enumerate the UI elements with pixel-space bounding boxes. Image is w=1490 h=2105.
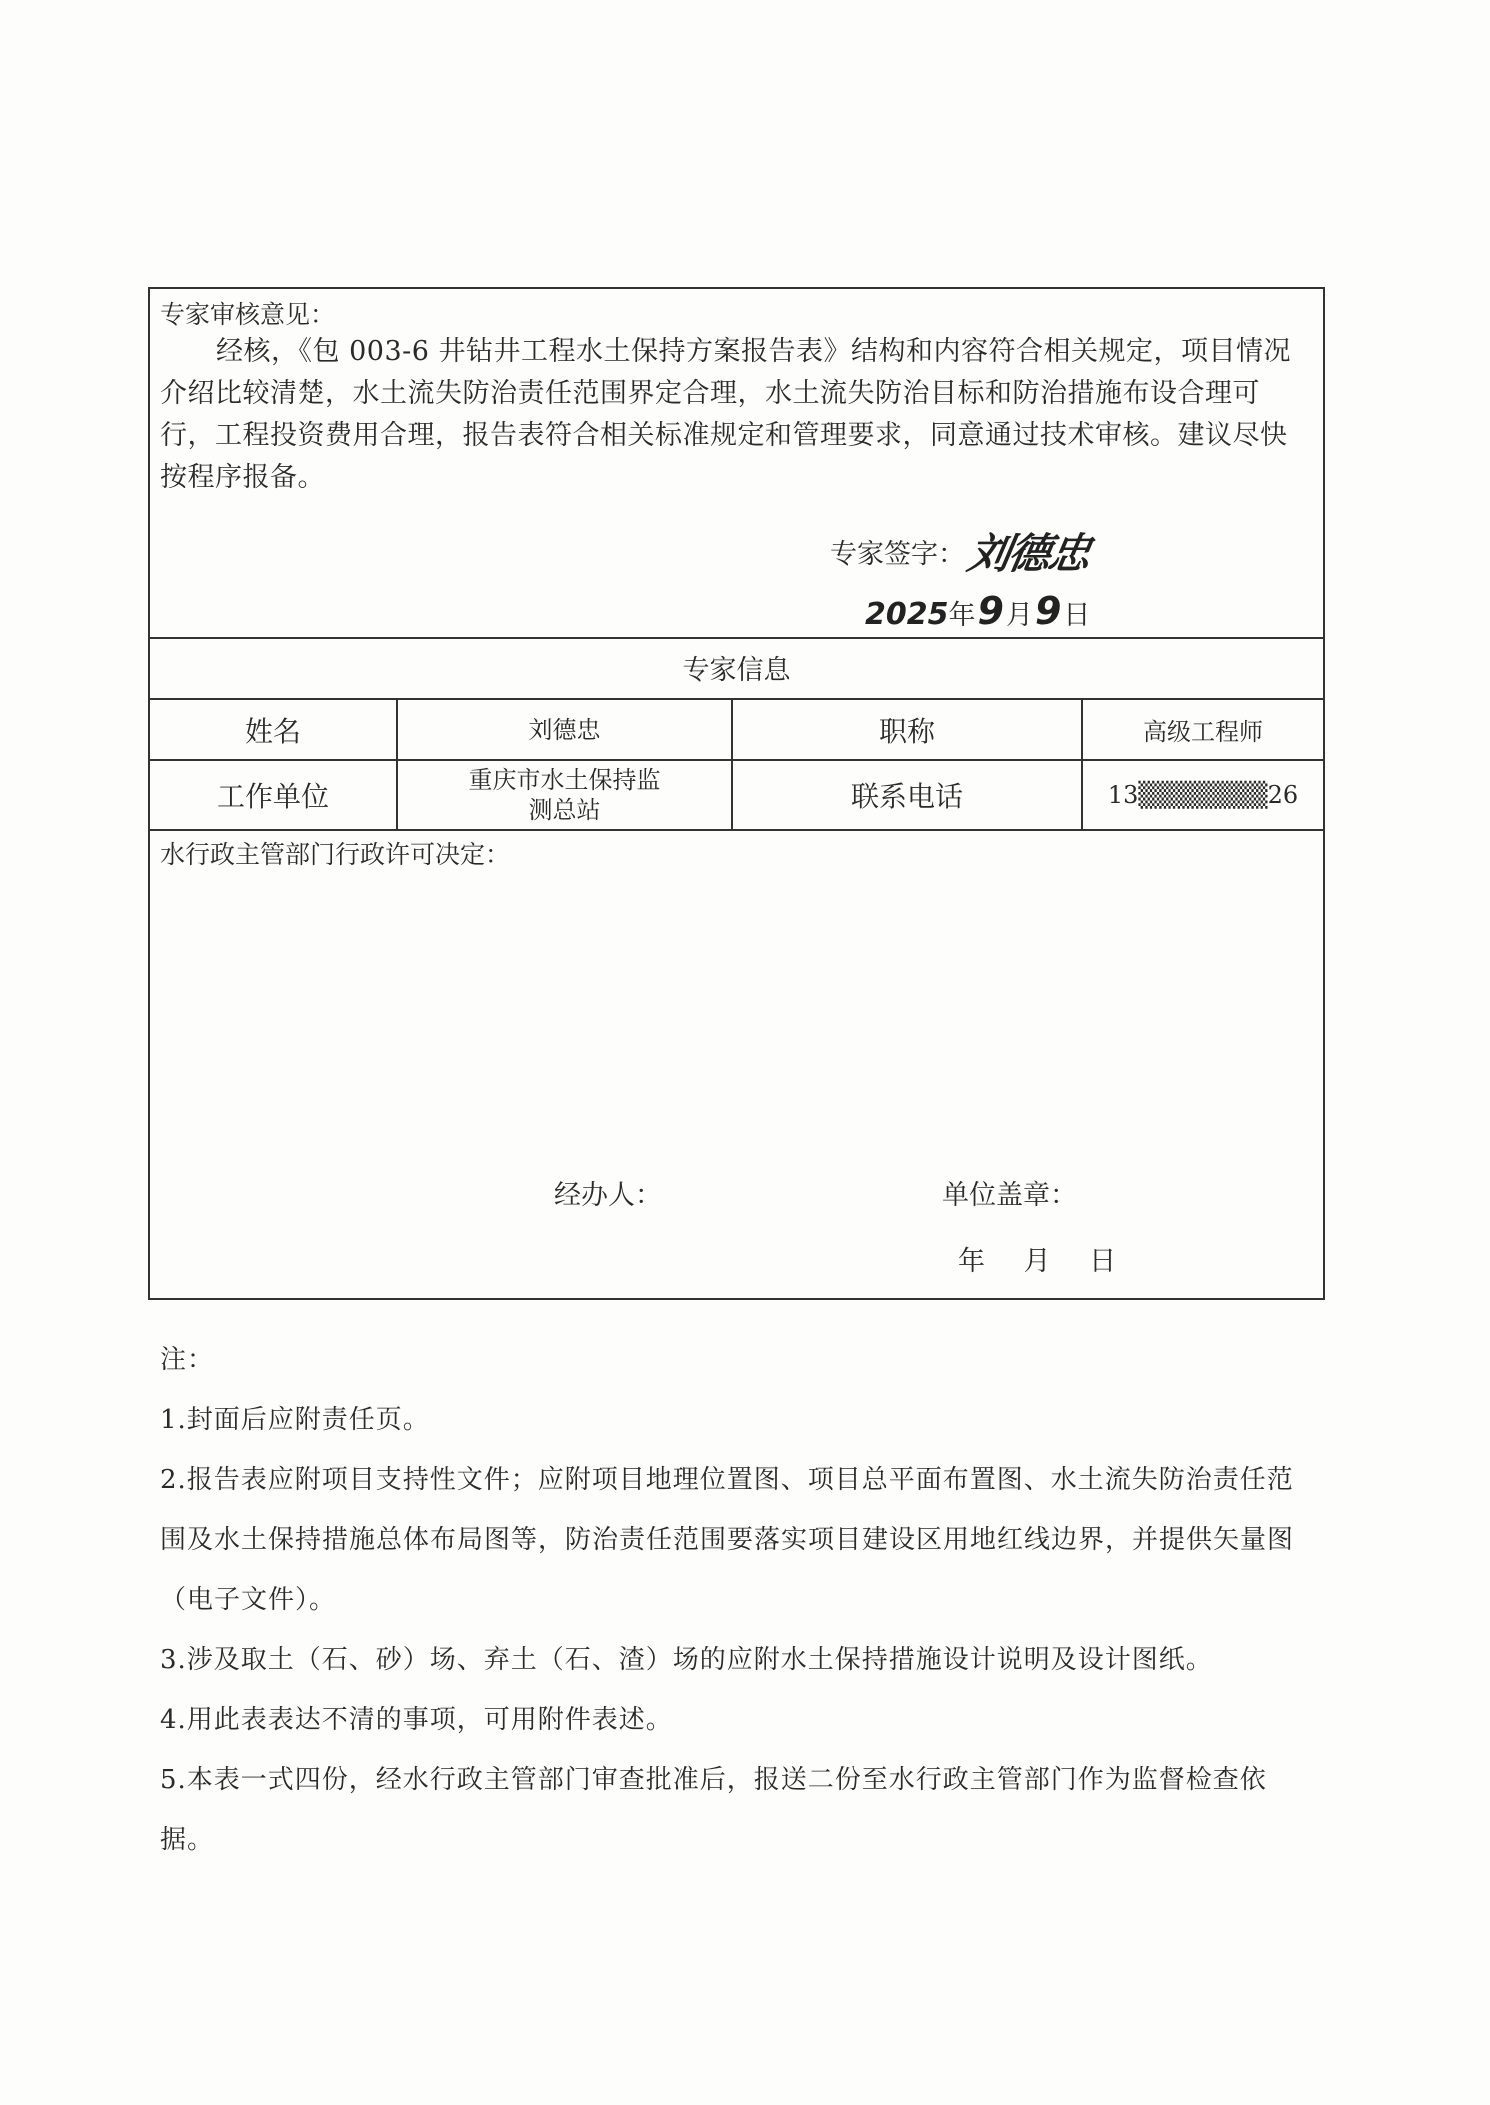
notes-section: 注： 1.封面后应附责任页。 2.报告表应附项目支持性文件；应附项目地理位置图、… xyxy=(160,1330,1320,1870)
note-item: 5.本表一式四份，经水行政主管部门审查批准后，报送二份至水行政主管部门作为监督检… xyxy=(160,1750,1320,1870)
notes-label: 注： xyxy=(160,1330,1320,1390)
note-item: 4.用此表表达不清的事项，可用附件表述。 xyxy=(160,1690,1320,1750)
title-value: 高级工程师 xyxy=(1083,700,1323,759)
phone-value: 13▒▒▒▒▒▒▒26 xyxy=(1083,761,1323,829)
handler-label: 经办人： xyxy=(554,1173,662,1212)
signature-label: 专家签字： xyxy=(830,532,965,571)
date-day-suffix: 日 xyxy=(1063,593,1090,632)
date-day: 9 xyxy=(1035,589,1061,633)
date-year: 2025 xyxy=(865,597,949,632)
handwritten-signature: 刘德忠 xyxy=(964,521,1095,581)
expert-signature-line: 专家签字： 刘德忠 xyxy=(830,521,1089,581)
expert-opinion-label: 专家审核意见： xyxy=(160,295,335,331)
date-year-suffix: 年 xyxy=(949,593,976,632)
name-label: 姓名 xyxy=(150,700,398,759)
admin-decision-section: 水行政主管部门行政许可决定： 经办人： 单位盖章： 年 月 日 xyxy=(150,831,1323,1300)
admin-decision-label: 水行政主管部门行政许可决定： xyxy=(160,835,510,871)
expert-info-row: 姓名 刘德忠 职称 高级工程师 xyxy=(150,700,1323,761)
note-item: 2.报告表应附项目支持性文件；应附项目地理位置图、项目总平面布置图、水土流失防治… xyxy=(160,1450,1320,1630)
expert-info-title: 专家信息 xyxy=(150,637,1323,700)
expert-opinion-section: 专家审核意见： 经核，《包 003-6 井钻井工程水土保持方案报告表》结构和内容… xyxy=(150,289,1323,639)
signature-date: 2025 年 9 月 9 日 xyxy=(865,589,1090,633)
stamp-label: 单位盖章： xyxy=(942,1173,1077,1212)
employer-value-text: 重庆市水土保持监测总站 xyxy=(460,765,670,825)
employer-label: 工作单位 xyxy=(150,761,398,829)
date-month-suffix: 月 xyxy=(1006,593,1033,632)
title-label: 职称 xyxy=(733,700,1083,759)
note-item: 3.涉及取土（石、砂）场、弃土（石、渣）场的应附水土保持措施设计说明及设计图纸。 xyxy=(160,1630,1320,1690)
name-value: 刘德忠 xyxy=(398,700,733,759)
employer-value: 重庆市水土保持监测总站 xyxy=(398,761,733,829)
decision-date-placeholder: 年 月 日 xyxy=(958,1239,1116,1278)
phone-label: 联系电话 xyxy=(733,761,1083,829)
expert-opinion-text: 经核，《包 003-6 井钻井工程水土保持方案报告表》结构和内容符合相关规定，项… xyxy=(160,331,1310,499)
document-page: 专家审核意见： 经核，《包 003-6 井钻井工程水土保持方案报告表》结构和内容… xyxy=(0,0,1490,2105)
date-month: 9 xyxy=(978,589,1004,633)
review-form-table: 专家审核意见： 经核，《包 003-6 井钻井工程水土保持方案报告表》结构和内容… xyxy=(148,287,1325,1300)
note-item: 1.封面后应附责任页。 xyxy=(160,1390,1320,1450)
expert-info-row: 工作单位 重庆市水土保持监测总站 联系电话 13▒▒▒▒▒▒▒26 xyxy=(150,761,1323,831)
